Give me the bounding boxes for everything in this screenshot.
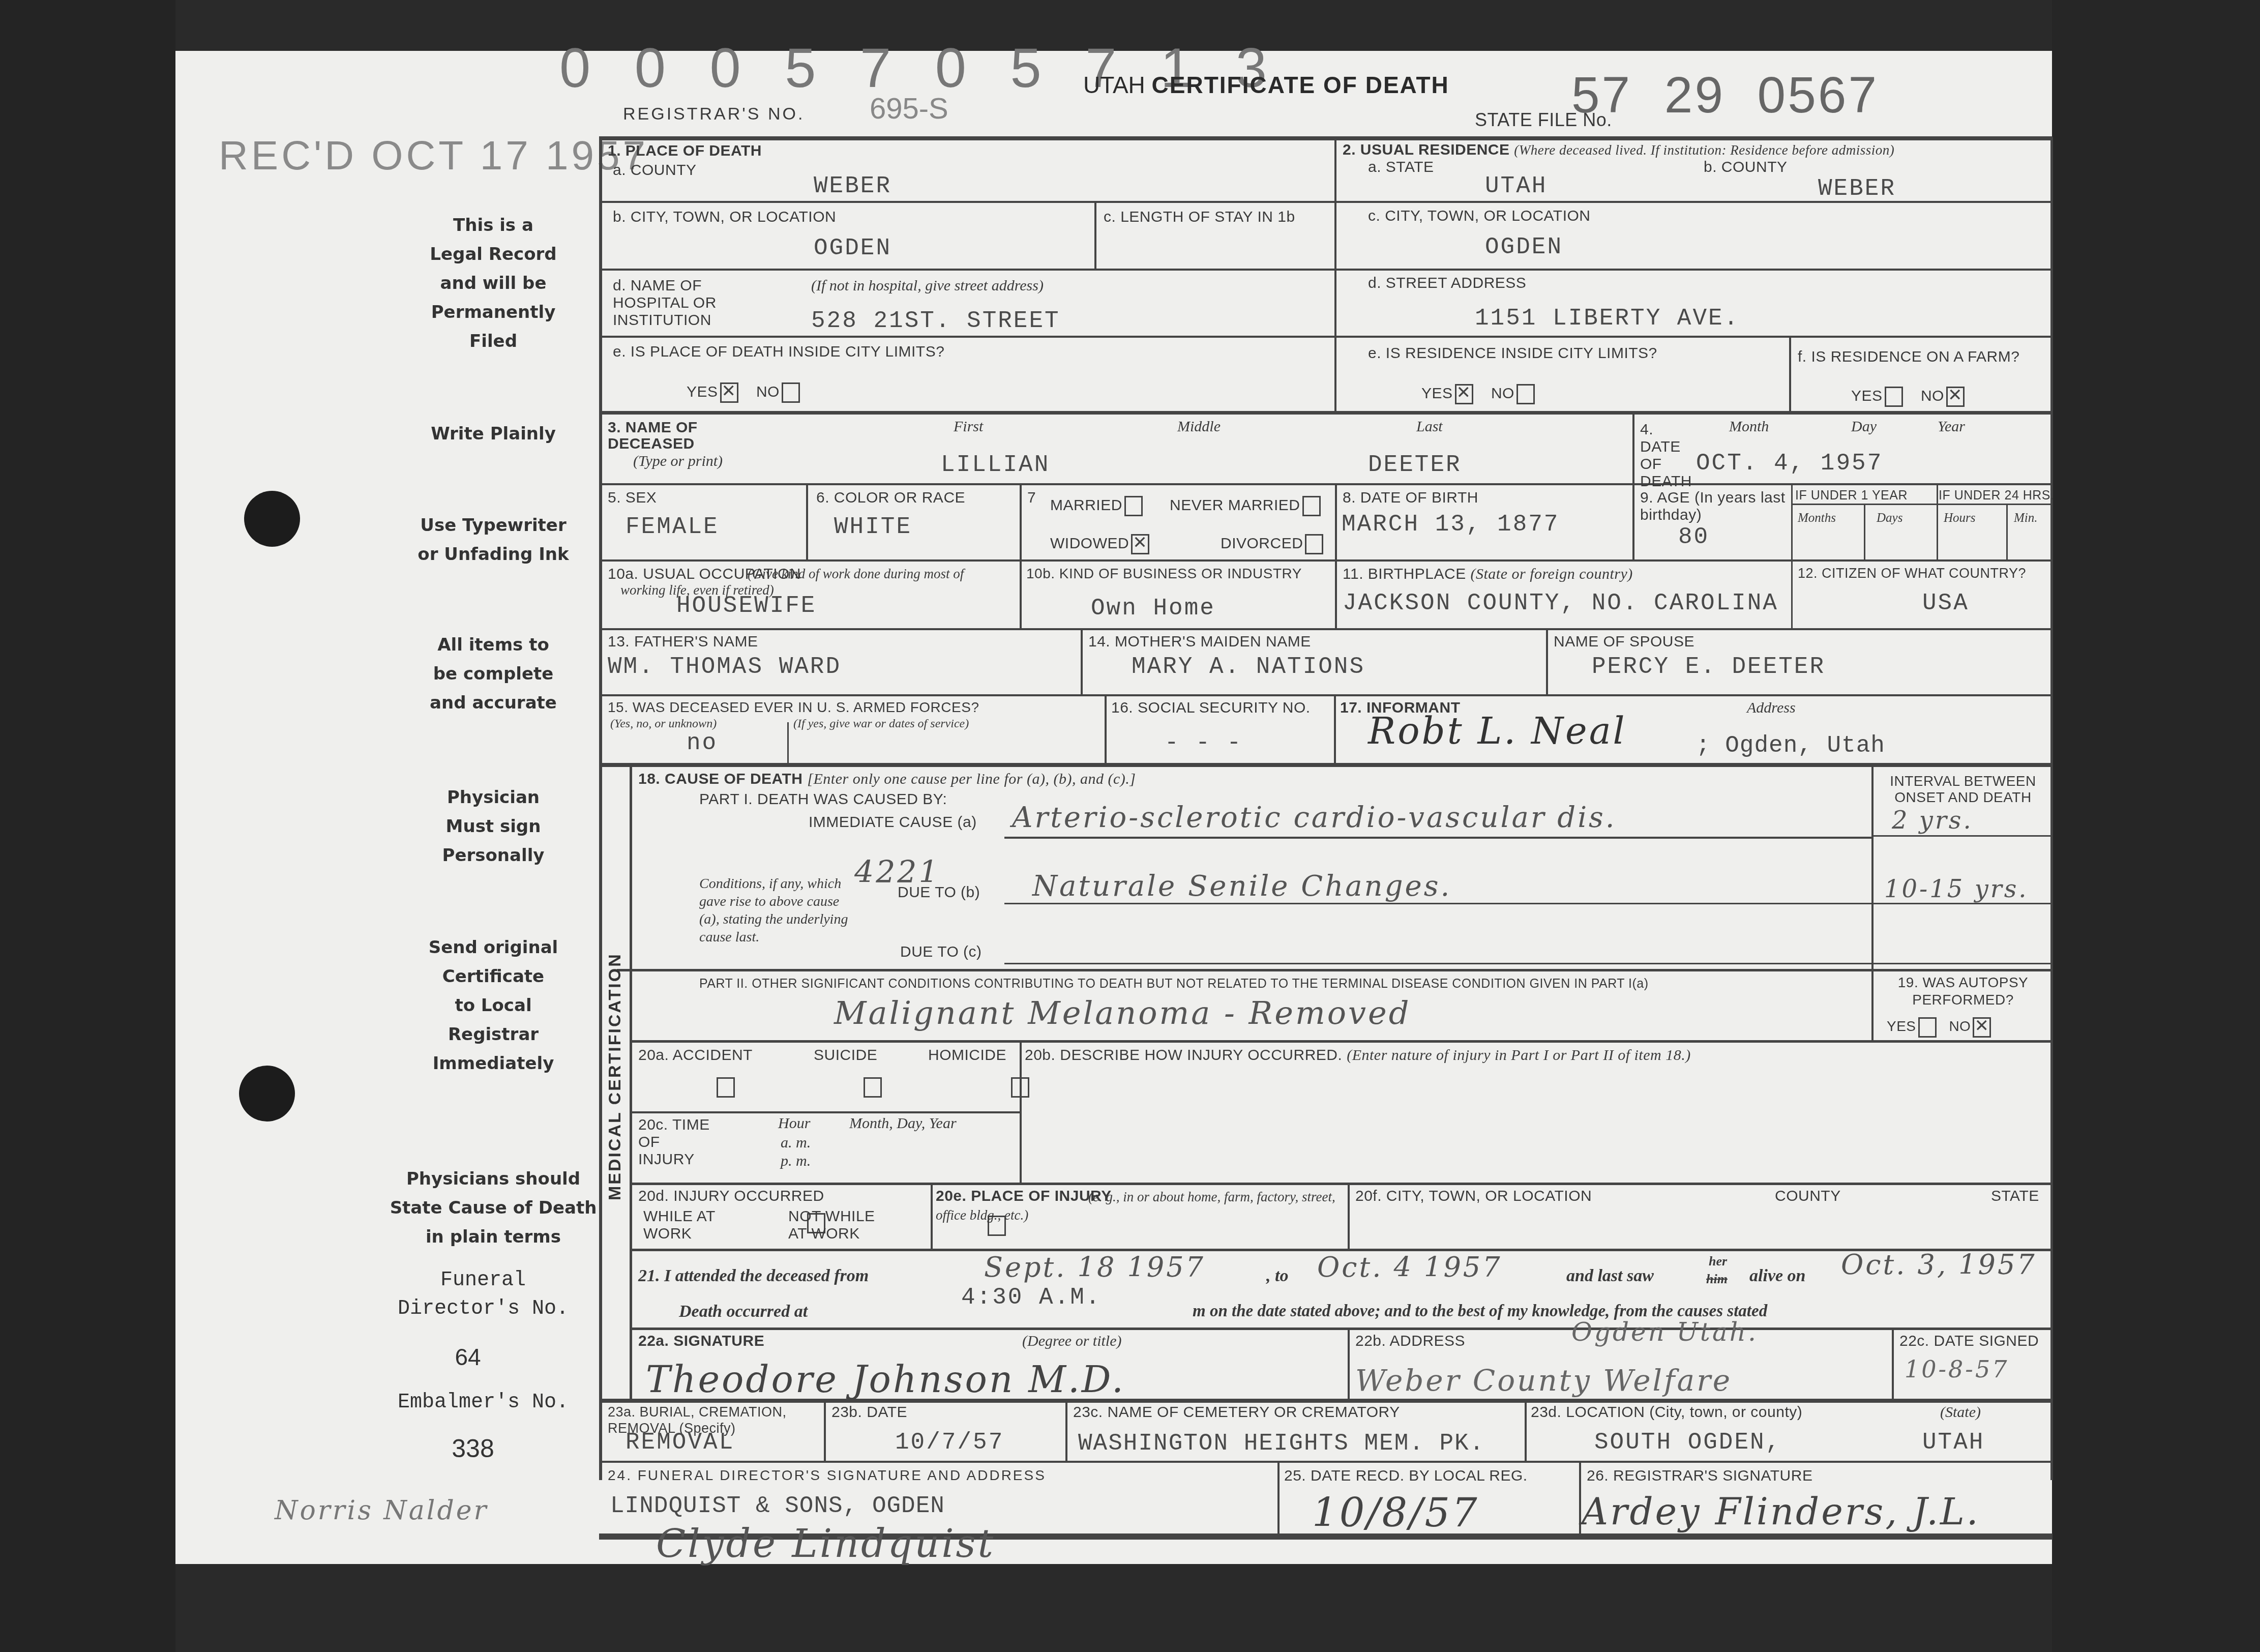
armed-forces-hint-2: (If yes, give war or dates of service) — [793, 717, 969, 731]
location-label: 23d. LOCATION (City, town, or county) — [1531, 1404, 1802, 1421]
armed-forces-label: 15. WAS DECEASED EVER IN U. S. ARMED FOR… — [608, 699, 979, 716]
margin-note-write-plainly: Write Plainly — [386, 420, 600, 449]
while-at-work-option: WHILE AT WORK — [643, 1208, 730, 1243]
res-inside-city-no-checkbox[interactable] — [1516, 384, 1535, 404]
hospital-label: d. NAME OF HOSPITAL OR INSTITUTION — [613, 277, 717, 329]
county-label: a. COUNTY — [613, 162, 697, 179]
mother-label: 14. MOTHER'S MAIDEN NAME — [1088, 633, 1311, 651]
res-state-label: a. STATE — [1368, 159, 1434, 176]
time-of-injury-label: 20c. TIME OF INJURY — [638, 1116, 715, 1168]
certificate-title: UTAH CERTIFICATE OF DEATH — [1083, 71, 1449, 99]
interval-a-value: 2 yrs. — [1892, 806, 1973, 835]
usual-residence-hint: (Where deceased lived. If institution: R… — [1514, 142, 1894, 158]
res-state-value: UTAH — [1485, 173, 1547, 199]
date-signed-value: 10-8-57 — [1905, 1355, 2009, 1383]
cemetery-label: 23c. NAME OF CEMETERY OR CREMATORY — [1073, 1404, 1400, 1421]
widowed-checkbox[interactable] — [1131, 534, 1149, 554]
degree-label: (Degree or title) — [1022, 1333, 1121, 1350]
ssn-value: - - - — [1165, 730, 1242, 756]
last-saw-label: and last saw — [1566, 1266, 1654, 1286]
physician-address-value: Weber County Welfare — [1355, 1363, 1732, 1398]
birthplace-value: JACKSON COUNTY, NO. CAROLINA — [1343, 590, 1778, 616]
embalmer-label: Embalmer's No. — [366, 1389, 600, 1417]
signature-label: 22a. SIGNATURE — [638, 1333, 764, 1350]
received-stamp: REC'D OCT 17 1957 — [219, 132, 648, 179]
hour-label: Hour — [778, 1115, 810, 1132]
attended-to-value: Oct. 4 1957 — [1317, 1251, 1502, 1283]
state-file-no: 57 29 0567 — [1571, 66, 1879, 125]
due-to-b-label: DUE TO (b) — [898, 884, 980, 901]
attended-from-value: Sept. 18 1957 — [984, 1251, 1205, 1283]
date-received-value: 10/8/57 — [1312, 1490, 1479, 1536]
burial-value: REMOVAL — [626, 1429, 734, 1456]
suicide-checkbox[interactable] — [864, 1077, 882, 1098]
father-value: WM. THOMAS WARD — [608, 654, 841, 680]
death-inside-city-yes-checkbox[interactable] — [720, 382, 738, 403]
birthplace-label: 11. BIRTHPLACE (State or foreign country… — [1343, 566, 1633, 583]
usual-residence-label: 2. USUAL RESIDENCE (Where deceased lived… — [1343, 141, 1894, 159]
deceased-name-hint: (Type or print) — [633, 453, 723, 470]
first-name-value: LILLIAN — [941, 452, 1050, 478]
cause-of-death-label: 18. CAUSE OF DEATH [Enter only one cause… — [638, 771, 1136, 788]
date-of-death-value: OCT. 4, 1957 — [1696, 450, 1883, 477]
autopsy-no-checkbox[interactable] — [1973, 1017, 1991, 1038]
homicide-label: HOMICIDE — [928, 1047, 1006, 1064]
min-label: Min. — [2014, 511, 2038, 525]
birthplace-hint: (State or foreign country) — [1471, 566, 1633, 582]
res-farm-label: f. IS RESIDENCE ON A FARM? — [1798, 348, 2019, 366]
disposition-date-label: 23b. DATE — [831, 1404, 907, 1421]
race-label: 6. COLOR OR RACE — [816, 489, 965, 507]
autopsy-label: 19. WAS AUTOPSY PERFORMED? — [1879, 974, 2047, 1009]
medical-certification-side-label: MEDICAL CERTIFICATION — [605, 953, 625, 1200]
death-city-label: b. CITY, TOWN, OR LOCATION — [613, 209, 836, 226]
scan-background-left — [0, 0, 175, 1652]
registrar-signature-label: 26. REGISTRAR'S SIGNATURE — [1587, 1467, 1812, 1485]
res-inside-city-yes-checkbox[interactable] — [1455, 384, 1473, 404]
married-checkbox[interactable] — [1124, 496, 1143, 516]
funeral-director-signature: Clyde Lindquist — [656, 1521, 995, 1566]
not-while-at-work-option: NOT WHILE AT WORK — [788, 1208, 880, 1243]
hospital-hint: (If not in hospital, give street address… — [811, 277, 1044, 294]
res-inside-city-options: YES NO — [1421, 384, 1535, 404]
first-name-label: First — [954, 418, 983, 435]
industry-value: Own Home — [1091, 595, 1215, 622]
father-label: 13. FATHER'S NAME — [608, 633, 758, 651]
never-married-checkbox[interactable] — [1302, 496, 1321, 516]
dob-label: 8. DATE OF BIRTH — [1343, 489, 1478, 507]
place-of-injury-hint: (e. g., in or about home, farm, factory,… — [936, 1188, 1343, 1224]
to-label: , to — [1266, 1266, 1288, 1286]
married-option: MARRIED — [1050, 496, 1143, 516]
part2-label: PART II. OTHER SIGNIFICANT CONDITIONS CO… — [699, 977, 1649, 991]
under-1-year-label: IF UNDER 1 YEAR — [1795, 488, 1908, 503]
race-value: WHITE — [834, 514, 912, 540]
informant-address-label: Address — [1747, 699, 1796, 717]
informant-signature: Robt L. Neal — [1368, 710, 1627, 752]
registrar-no-label: REGISTRAR'S NO. — [623, 104, 805, 124]
armed-forces-value: no — [687, 730, 718, 756]
interval-label: INTERVAL BETWEEN ONSET AND DEATH — [1879, 773, 2047, 806]
occupation-value: HOUSEWIFE — [676, 593, 816, 619]
cause-of-death-hint: [Enter only one cause per line for (a), … — [807, 771, 1136, 787]
industry-label: 10b. KIND OF BUSINESS OR INDUSTRY — [1026, 566, 1302, 582]
year-label: Year — [1938, 418, 1965, 435]
conditions-hint: Conditions, if any, which gave rise to a… — [699, 875, 857, 946]
death-city-value: OGDEN — [814, 235, 891, 261]
divorced-checkbox[interactable] — [1305, 534, 1323, 554]
res-inside-city-label: e. IS RESIDENCE INSIDE CITY LIMITS? — [1368, 345, 1657, 362]
hospital-value: 528 21ST. STREET — [811, 308, 1060, 334]
registrar-signature: Ardey Flinders, J.L. — [1582, 1490, 1980, 1533]
day-label: Day — [1851, 418, 1877, 435]
death-occurred-label: Death occurred at — [679, 1302, 808, 1321]
res-city-value: OGDEN — [1485, 234, 1563, 260]
res-farm-options: YES NO — [1851, 387, 1965, 407]
res-farm-no-checkbox[interactable] — [1946, 387, 1965, 407]
deceased-name-label: 3. NAME OF DECEASED — [608, 420, 709, 452]
length-of-stay-label: c. LENGTH OF STAY IN 1b — [1104, 209, 1295, 226]
res-county-value: WEBER — [1818, 175, 1896, 202]
month-label: Month — [1729, 418, 1769, 435]
ssn-label: 16. SOCIAL SECURITY NO. — [1111, 699, 1311, 717]
margin-note-send-original: Send original Certificate to Local Regis… — [386, 933, 600, 1078]
armed-forces-hint-1: (Yes, no, or unknown) — [610, 717, 717, 731]
alive-on-label: alive on — [1749, 1266, 1805, 1286]
dob-value: MARCH 13, 1877 — [1342, 511, 1559, 538]
binder-hole-bottom — [239, 1066, 295, 1122]
spouse-value: PERCY E. DEETER — [1592, 654, 1825, 680]
last-saw-value: Oct. 3, 1957 — [1841, 1249, 2037, 1281]
death-inside-city-label: e. IS PLACE OF DEATH INSIDE CITY LIMITS? — [613, 343, 944, 361]
margin-note-cause-terms: Physicians should State Cause of Death i… — [371, 1165, 615, 1252]
injury-occurred-label: 20d. INJURY OCCURRED — [638, 1188, 824, 1205]
physician-address-label: 22b. ADDRESS — [1355, 1333, 1465, 1350]
scan-background-right — [2052, 0, 2260, 1652]
him-label: him — [1706, 1272, 1728, 1287]
physician-signature: Theodore Johnson M.D. — [646, 1358, 1125, 1401]
res-farm-yes-checkbox[interactable] — [1885, 387, 1903, 407]
death-inside-city-options: YES NO — [687, 382, 800, 403]
accident-checkbox[interactable] — [717, 1077, 735, 1098]
funeral-director-no: 64 — [351, 1343, 585, 1371]
pm-label: p. m. — [781, 1153, 811, 1170]
res-city-label: c. CITY, TOWN, OR LOCATION — [1368, 208, 1591, 225]
immediate-cause-label: IMMEDIATE CAUSE (a) — [809, 814, 977, 831]
margin-note-typewriter: Use Typewriter or Unfading Ink — [386, 511, 600, 569]
injury-description-hint: (Enter nature of injury in Part I or Par… — [1347, 1047, 1690, 1064]
margin-note-physician-sign: Physician Must sign Personally — [386, 783, 600, 870]
title-main: CERTIFICATE OF DEATH — [1152, 72, 1449, 98]
cemetery-value: WASHINGTON HEIGHTS MEM. PK. — [1078, 1430, 1484, 1457]
sex-label: 5. SEX — [608, 489, 657, 507]
location-state-value: UTAH — [1922, 1429, 1984, 1456]
citizen-label: 12. CITIZEN OF WHAT COUNTRY? — [1798, 566, 2026, 581]
location-state-label: (State) — [1940, 1404, 1981, 1421]
part2-value: Malignant Melanoma - Removed — [834, 994, 1411, 1031]
under-24-hrs-label: IF UNDER 24 HRS. — [1939, 488, 2054, 503]
informant-address-value: ; Ogden, Utah — [1696, 732, 1885, 759]
funeral-director-signature-label: 24. FUNERAL DIRECTOR'S SIGNATURE AND ADD… — [608, 1467, 1046, 1484]
autopsy-yes-checkbox[interactable] — [1918, 1017, 1937, 1038]
date-signed-label: 22c. DATE SIGNED — [1899, 1333, 2039, 1350]
am-label: a. m. — [781, 1134, 811, 1152]
title-prefix: UTAH — [1083, 72, 1145, 98]
her-label: her — [1709, 1254, 1727, 1269]
injury-description-label: 20b. DESCRIBE HOW INJURY OCCURRED. (Ente… — [1025, 1047, 1691, 1064]
due-to-c-label: DUE TO (c) — [900, 943, 982, 961]
embalmer-no: 338 — [356, 1434, 590, 1463]
margin-signature: Norris Nalder — [275, 1495, 488, 1526]
hours-label: Hours — [1944, 511, 1976, 525]
homicide-checkbox[interactable] — [1011, 1077, 1029, 1098]
marital-status-number: 7 — [1027, 489, 1036, 507]
never-married-option: NEVER MARRIED — [1170, 496, 1321, 516]
autopsy-options: YES NO — [1887, 1017, 1991, 1038]
funeral-director-value: LINDQUIST & SONS, OGDEN — [610, 1493, 945, 1519]
death-county-value: WEBER — [814, 173, 891, 199]
death-inside-city-no-checkbox[interactable] — [782, 382, 800, 403]
month-day-year-label: Month, Day, Year — [849, 1115, 957, 1132]
funeral-director-label: Funeral Director's No. — [366, 1266, 600, 1323]
widowed-option: WIDOWED — [1050, 534, 1149, 554]
part1-label: PART I. DEATH WAS CAUSED BY: — [699, 791, 947, 808]
res-street-label: d. STREET ADDRESS — [1368, 275, 1526, 292]
last-name-value: DEETER — [1368, 452, 1462, 478]
middle-name-label: Middle — [1177, 418, 1221, 435]
binder-hole-top — [244, 491, 300, 547]
accident-label: 20a. ACCIDENT — [638, 1047, 753, 1064]
days-label: Days — [1877, 511, 1902, 525]
location-value: SOUTH OGDEN, — [1594, 1429, 1781, 1456]
months-label: Months — [1798, 511, 1836, 525]
age-label: 9. AGE (In years last birthday) — [1640, 489, 1788, 524]
margin-note-legal-record: This is a Legal Record and will be Perma… — [386, 211, 600, 356]
spouse-label: NAME OF SPOUSE — [1554, 633, 1694, 651]
place-of-death-label: 1. PLACE OF DEATH — [608, 142, 762, 160]
age-value: 80 — [1678, 524, 1709, 550]
date-of-death-label: 4. DATE OF DEATH — [1640, 421, 1686, 490]
last-name-label: Last — [1416, 418, 1443, 435]
divorced-option: DIVORCED — [1221, 534, 1323, 554]
res-county-label: b. COUNTY — [1704, 159, 1788, 176]
sex-value: FEMALE — [626, 514, 719, 540]
mother-value: MARY A. NATIONS — [1132, 654, 1365, 680]
date-received-label: 25. DATE RECD. BY LOCAL REG. — [1284, 1467, 1528, 1485]
suicide-label: SUICIDE — [814, 1047, 877, 1064]
due-to-b-value: Naturale Senile Changes. — [1032, 870, 1451, 903]
death-time-value: 4:30 A.M. — [961, 1284, 1101, 1311]
injury-city-label: 20f. CITY, TOWN, OR LOCATION — [1355, 1188, 1592, 1205]
injury-state-label: STATE — [1991, 1188, 2039, 1205]
disposition-date-value: 10/7/57 — [895, 1429, 1004, 1456]
margin-note-complete: All items to be complete and accurate — [386, 631, 600, 718]
registrar-no: 695-S — [870, 92, 948, 126]
citizen-value: USA — [1922, 590, 1969, 616]
res-street-value: 1151 LIBERTY AVE. — [1475, 305, 1739, 332]
physician-address-top: Ogden Utah. — [1571, 1317, 1758, 1347]
attended-label: 21. I attended the deceased from — [638, 1266, 869, 1286]
injury-county-label: COUNTY — [1775, 1188, 1841, 1205]
interval-b-value: 10-15 yrs. — [1884, 875, 2029, 903]
immediate-cause-value: Arterio-sclerotic cardio-vascular dis. — [1012, 801, 1617, 834]
